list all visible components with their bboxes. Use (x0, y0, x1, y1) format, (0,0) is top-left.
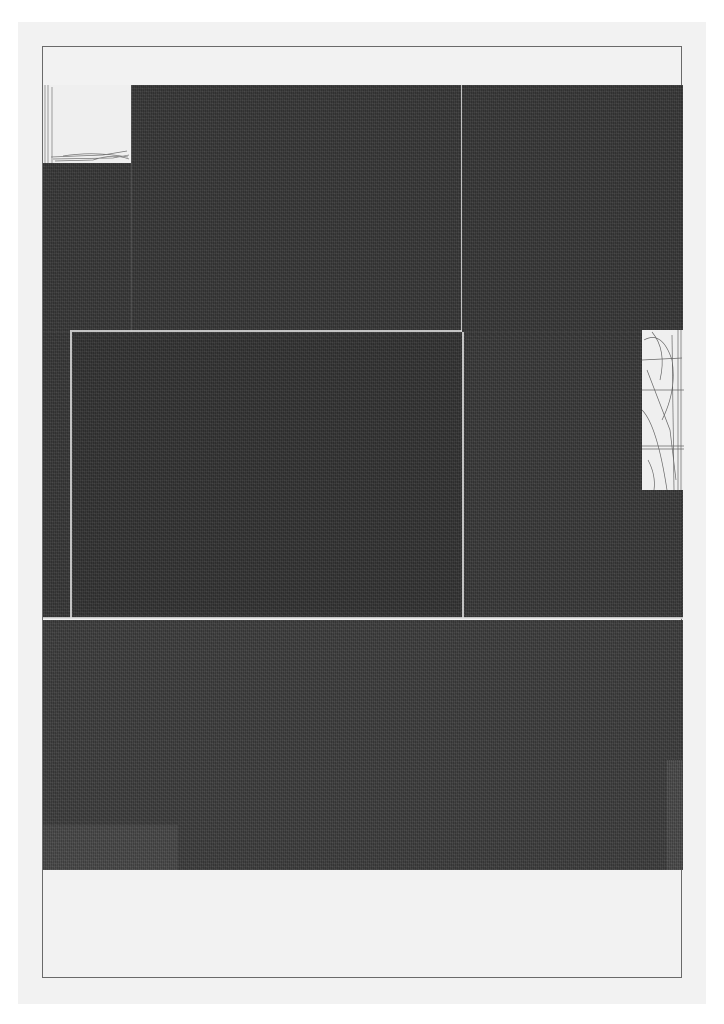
upper-divider (461, 85, 462, 332)
right-void-scribble (642, 330, 684, 492)
upper-hatched-field (43, 85, 683, 332)
middle-left-gap (70, 332, 72, 618)
middle-top-gap (70, 330, 462, 332)
middle-center-gap (462, 332, 464, 618)
lower-top-gap (43, 617, 683, 619)
lower-right-patch (666, 760, 683, 870)
upper-left-divider (131, 85, 132, 332)
middle-left-panel (73, 334, 461, 616)
lower-left-patch (43, 825, 178, 870)
top-left-scribble (43, 85, 131, 165)
